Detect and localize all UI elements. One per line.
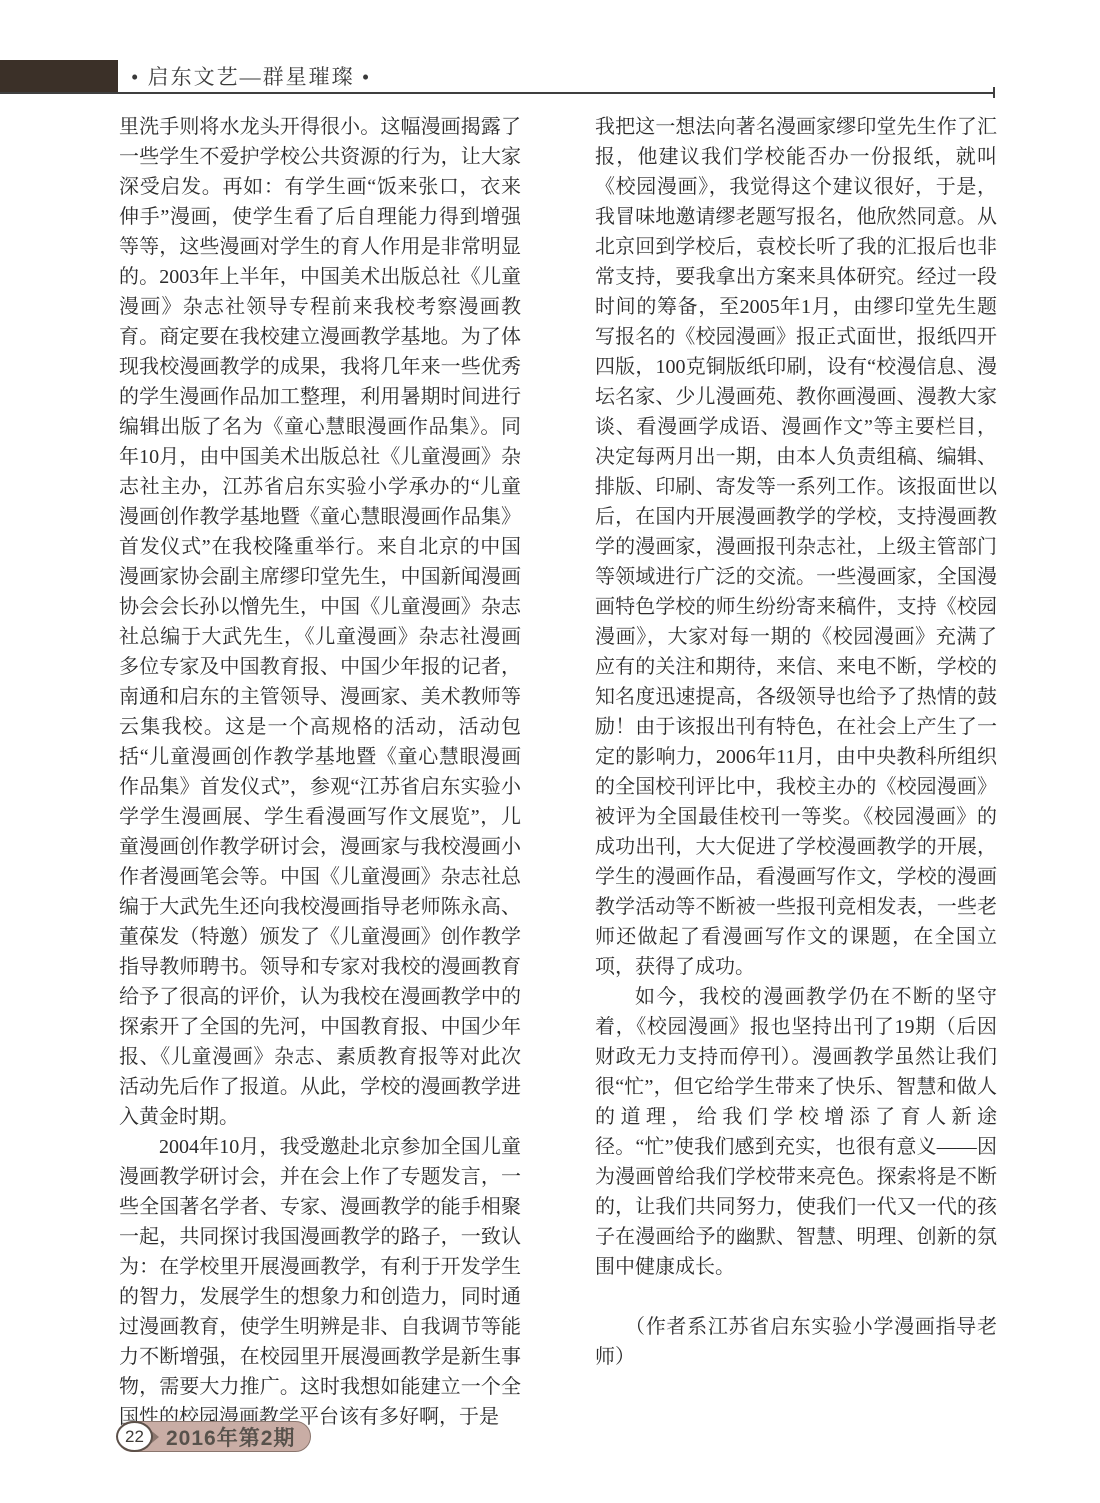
header-rule-end-tick (993, 87, 995, 98)
paragraph: 如今，我校的漫画教学仍在不断的坚守着，《校园漫画》报也坚持出刊了19期（后因财政… (595, 982, 997, 1282)
header-corner-block (0, 60, 118, 94)
issue-label: 2016年第2期 (166, 1422, 295, 1452)
footer-page-pill: 22 2016年第2期 (117, 1421, 311, 1452)
page-number-badge: 22 (116, 1421, 153, 1452)
author-note: （作者系江苏省启东实验小学漫画指导老师） (595, 1312, 997, 1372)
paragraph: 2004年10月，我受邀赴北京参加全国儿童漫画教学研讨会，并在会上作了专题发言，… (119, 1132, 521, 1432)
paragraph-continued: 我把这一想法向著名漫画家缪印堂先生作了汇报，他建议我们学校能否办一份报纸，就叫《… (595, 112, 997, 982)
article-left-column: 里洗手则将水龙头开得很小。这幅漫画揭露了一些学生不爱护学校公共资源的行为，让大家… (119, 112, 521, 1432)
article-right-column: 我把这一想法向著名漫画家缪印堂先生作了汇报，他建议我们学校能否办一份报纸，就叫《… (595, 112, 997, 1372)
paragraph-continued: 里洗手则将水龙头开得很小。这幅漫画揭露了一些学生不爱护学校公共资源的行为，让大家… (119, 112, 521, 1132)
header-section-label: • 启东文艺—群星璀璨 • (131, 61, 371, 91)
header-rule (0, 92, 995, 94)
